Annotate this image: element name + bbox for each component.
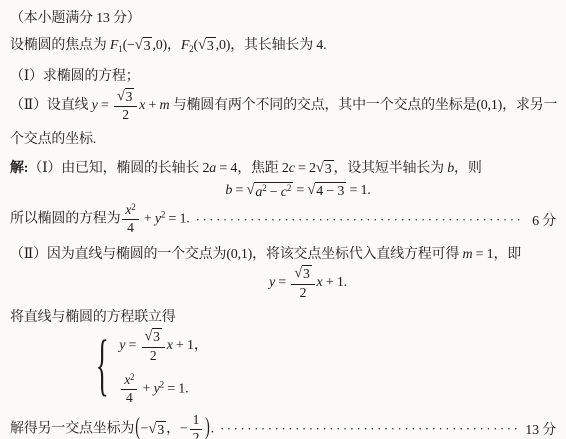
sqrt-a2-minus-c2: √a2 − c2: [247, 182, 294, 202]
fraction-denominator: 4: [127, 220, 134, 236]
dotted-leader: ········································…: [196, 212, 525, 228]
line-final-answer: 解得另一交点坐标为(−√3，−12). ····················…: [10, 413, 556, 439]
minus-sign: −: [141, 422, 149, 437]
fraction-numerator: √3: [291, 265, 314, 285]
equals-one: = 1.: [164, 382, 188, 397]
radical-sign: √: [307, 182, 315, 199]
radicand: 3: [143, 37, 153, 56]
var-m: m: [159, 98, 169, 113]
solution-label: 解:: [10, 161, 28, 176]
fraction-1-over-2: 12: [190, 413, 203, 439]
system-brace: {: [96, 332, 109, 401]
sqrt-3-first: √3: [135, 37, 153, 56]
plus-sign: +: [145, 98, 159, 113]
fraction-numerator: x2: [121, 373, 137, 390]
equals: =: [98, 98, 112, 113]
radicand: 3: [152, 328, 162, 346]
line-solution2-intro: （Ⅱ）因为直线与椭圆的一个交点为(0,1)，将该交点坐标代入直线方程可得 m =…: [10, 243, 556, 263]
fraction-x2-over-4: x24: [121, 373, 137, 406]
line-line-equation: y = √32x + 1.: [10, 265, 556, 301]
radicand: 3: [156, 421, 166, 439]
given-pre: 设椭圆的焦点为: [10, 38, 110, 53]
s1-aeq: = 4，焦距 2: [216, 161, 289, 176]
line-part2-continuation: 个交点的坐标.: [10, 128, 556, 148]
score-6: 6 分: [532, 210, 556, 230]
equals-one: = 1.: [165, 212, 189, 227]
radicand: 3: [206, 37, 216, 56]
fraction-sqrt3-over-2: √32: [142, 328, 165, 364]
fraction-denominator: 2: [193, 430, 200, 439]
fraction-numerator: √3: [114, 88, 137, 108]
fraction-x2-over-4: x24: [122, 203, 138, 236]
equals-one: = 1.: [346, 183, 370, 198]
sqrt-3: √3: [148, 421, 166, 439]
radical-sign: √: [294, 265, 302, 281]
m-equals-1: = 1: [472, 247, 493, 262]
fraction-denominator: 2: [300, 285, 307, 301]
sqrt-3: √3: [145, 328, 162, 346]
sup-2: 2: [131, 203, 135, 218]
radical-sign: √: [135, 37, 143, 54]
given-tail: ,0)，其长轴长为 4.: [216, 38, 327, 53]
radical-sign: √: [145, 328, 153, 344]
sqrt-3-second: √3: [198, 37, 216, 56]
sup-2: 2: [130, 373, 134, 388]
radical-sign: √: [316, 160, 324, 177]
var-F2: F: [181, 38, 189, 53]
big-paren-open: (: [134, 416, 140, 439]
period: .: [211, 422, 214, 437]
minus-sign: −: [267, 185, 281, 200]
part2-post: 与椭圆有两个不同的交点，其中一个交点的坐标是(0,1)，求另一: [169, 98, 557, 113]
plus-one: + 1，: [173, 338, 208, 353]
system-eq-ellipse: x24 + y2 = 1.: [119, 373, 207, 406]
document-body: （本小题满分 13 分） 设椭圆的焦点为 F1(−√3,0)，F2(√3,0)，…: [0, 0, 566, 439]
fraction-denominator: 2: [122, 107, 129, 123]
line-part1-question: （Ⅰ）求椭圆的方程；: [10, 65, 556, 85]
system-equations: y = √32x + 1， x24 + y2 = 1.: [119, 328, 207, 406]
radicand: 4 − 3: [315, 182, 346, 201]
plus-sign: +: [141, 212, 155, 227]
s6-text: 将直线与椭圆的方程联立得: [10, 310, 176, 325]
s4-post: ，即: [493, 247, 521, 262]
s1-then: ，则: [454, 161, 482, 176]
s1-bpre: ，设其短半轴长为: [334, 161, 448, 176]
sup-2: 2: [287, 183, 291, 193]
radical-sign: √: [247, 182, 255, 199]
radicand: 3: [125, 88, 135, 106]
sqrt-3: √3: [117, 88, 134, 106]
fraction-numerator: x2: [122, 203, 138, 220]
fraction-numerator: √3: [142, 328, 165, 348]
line-given-foci: 设椭圆的焦点为 F1(−√3,0)，F2(√3,0)，其长轴长为 4.: [10, 34, 556, 56]
radical-sign: √: [198, 37, 206, 54]
s7-pre: 解得另一交点坐标为: [10, 422, 134, 437]
radical-sign: √: [117, 88, 125, 104]
equals: =: [232, 183, 246, 198]
s1-ceq: = 2: [295, 161, 316, 176]
paren-open-neg: (−: [123, 38, 135, 53]
fraction-denominator: 2: [150, 348, 157, 364]
part2-cont: 个交点的坐标.: [10, 132, 96, 147]
s4-pre: （Ⅱ）因为直线与椭圆的一个交点为(0,1)，将该交点坐标代入直线方程可得: [10, 247, 462, 262]
final-answer: 解得另一交点坐标为(−√3，−12).: [10, 413, 214, 439]
var-F1: F: [110, 38, 118, 53]
big-paren-close: ): [204, 416, 210, 439]
part2-pre: （Ⅱ）设直线: [10, 98, 92, 113]
radicand: a2 − c2: [254, 182, 293, 202]
radical-sign: √: [148, 421, 156, 438]
radicand: 3: [324, 160, 334, 179]
comma-minus: ，−: [166, 422, 188, 437]
s3-pre: 所以椭圆的方程为: [10, 212, 120, 227]
line-ellipse-equation: 所以椭圆的方程为x24 + y2 = 1. ··················…: [10, 203, 556, 236]
equals: =: [125, 338, 139, 353]
dotted-leader: ········································…: [220, 421, 517, 437]
sqrt-3: √3: [294, 265, 311, 283]
s1-a: （Ⅰ）由已知，椭圆的长轴长 2: [28, 161, 209, 176]
line-solution1-intro: 解:（Ⅰ）由已知，椭圆的长轴长 2a = 4，焦距 2c = 2√3，设其短半轴…: [10, 157, 556, 179]
fraction-denominator: 4: [126, 390, 133, 406]
equals: =: [293, 183, 307, 198]
line-score-note: （本小题满分 13 分）: [10, 5, 556, 27]
equation-system: { y = √32x + 1， x24 + y2 = 1.: [95, 328, 208, 406]
line-equation-system: { y = √32x + 1， x24 + y2 = 1.: [10, 328, 556, 406]
part1-text: （Ⅰ）求椭圆的方程；: [10, 69, 140, 84]
plus-sign: +: [139, 382, 153, 397]
var-m: m: [462, 247, 472, 262]
equals: =: [275, 275, 289, 290]
line-combine-intro: 将直线与椭圆的方程联立得: [10, 306, 556, 326]
fraction-numerator: 1: [190, 413, 203, 430]
system-eq-line: y = √32x + 1，: [119, 328, 207, 364]
sqrt-3: √3: [316, 160, 334, 179]
sqrt-4-minus-3: √4 − 3: [307, 182, 346, 201]
score-13: 13 分: [525, 419, 556, 439]
math-solution-document: { "page": { "background": "#fbfaf7", "te…: [0, 0, 566, 439]
fraction-sqrt3-over-2: √32: [114, 88, 137, 124]
line-b-derivation: b = √a2 − c2 = √4 − 3 = 1.: [10, 182, 556, 202]
fraction-sqrt3-over-2: √32: [291, 265, 314, 301]
given-mid: ,0)，: [152, 38, 180, 53]
line-part2-question: （Ⅱ）设直线 y = √32x + m 与椭圆有两个不同的交点，其中一个交点的坐…: [10, 88, 556, 124]
radicand: 3: [302, 265, 312, 283]
plus-one: + 1.: [323, 275, 347, 290]
score-note-text: （本小题满分 13 分）: [10, 11, 141, 26]
ellipse-equation: 所以椭圆的方程为x24 + y2 = 1.: [10, 203, 190, 236]
